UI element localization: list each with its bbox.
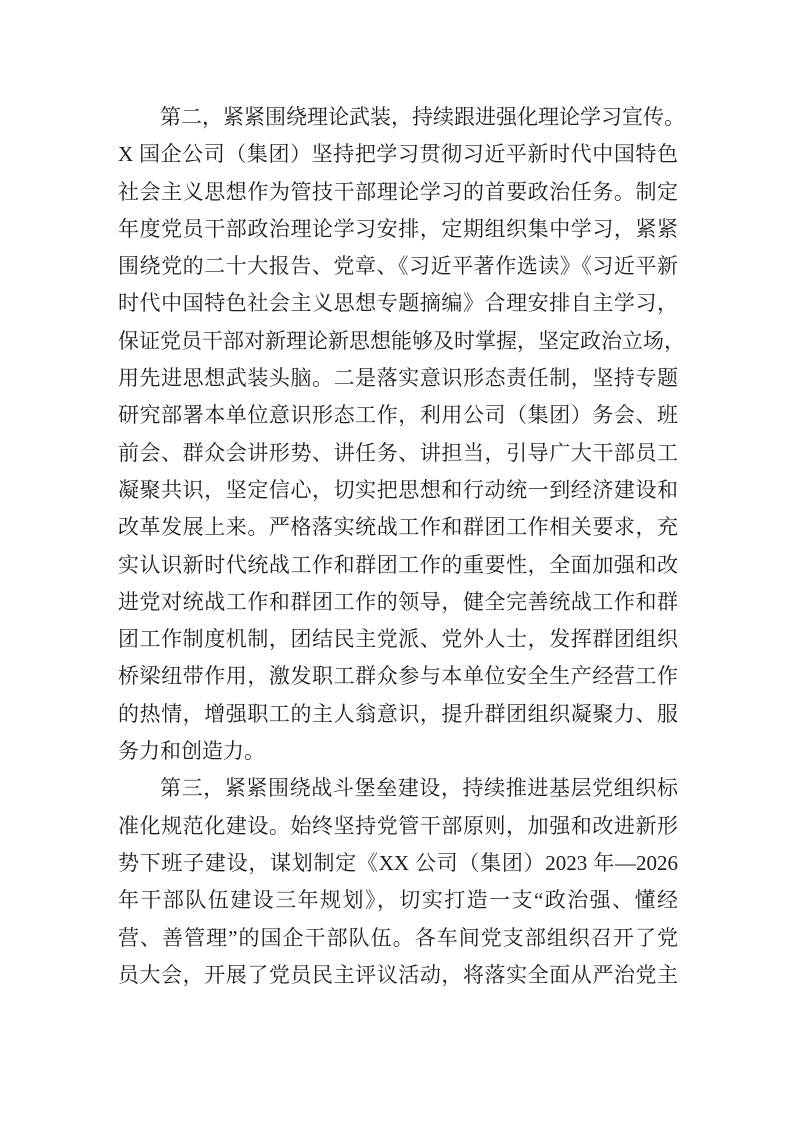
text-line: 实认识新时代统战工作和群团工作的重要性，全面加强和改 <box>118 547 678 584</box>
text-line: 势下班子建设，谋划制定《XX 公司（集团）2023 年—2026 <box>118 845 678 882</box>
text-line: 围绕党的二十大报告、党章、《习近平著作选读》《习近平新 <box>118 248 678 285</box>
text-line: 凝聚共识，坚定信心，切实把思想和行动统一到经济建设和 <box>118 472 678 509</box>
text-line: 第三，紧紧围绕战斗堡垒建设，持续推进基层党组织标 <box>118 770 678 807</box>
text-line: 营、善管理”的国企干部队伍。各车间党支部组织召开了党 <box>118 920 678 957</box>
text-line: 进党对统战工作和群团工作的领导，健全完善统战工作和群 <box>118 584 678 621</box>
text-line: 务力和创造力。 <box>118 733 678 770</box>
text-line: 团工作制度机制，团结民主党派、党外人士，发挥群团组织 <box>118 621 678 658</box>
text-line: 年度党员干部政治理论学习安排，定期组织集中学习，紧紧 <box>118 211 678 248</box>
text-line: 的热情，增强职工的主人翁意识，提升群团组织凝聚力、服 <box>118 696 678 733</box>
text-line: 社会主义思想作为管技干部理论学习的首要政治任务。制定 <box>118 174 678 211</box>
text-line: 时代中国特色社会主义思想专题摘编》合理安排自主学习， <box>118 285 678 322</box>
text-line: 前会、群众会讲形势、讲任务、讲担当，引导广大干部员工 <box>118 435 678 472</box>
paragraph-third: 第三，紧紧围绕战斗堡垒建设，持续推进基层党组织标准化规范化建设。始终坚持党管干部… <box>118 770 678 994</box>
text-line: 员大会，开展了党员民主评议活动，将落实全面从严治党主 <box>118 957 678 994</box>
document-body: 第二，紧紧围绕理论武装，持续跟进强化理论学习宣传。X 国企公司（集团）坚持把学习… <box>118 99 678 994</box>
text-line: 改革发展上来。严格落实统战工作和群团工作相关要求，充 <box>118 509 678 546</box>
text-line: X 国企公司（集团）坚持把学习贯彻习近平新时代中国特色 <box>118 136 678 173</box>
text-line: 研究部署本单位意识形态工作，利用公司（集团）务会、班 <box>118 397 678 434</box>
text-line: 第二，紧紧围绕理论武装，持续跟进强化理论学习宣传。 <box>118 99 678 136</box>
text-line: 准化规范化建设。始终坚持党管干部原则，加强和改进新形 <box>118 808 678 845</box>
text-line: 用先进思想武装头脑。二是落实意识形态责任制，坚持专题 <box>118 360 678 397</box>
text-line: 桥梁纽带作用，激发职工群众参与本单位安全生产经营工作 <box>118 658 678 695</box>
document-page: 第二，紧紧围绕理论武装，持续跟进强化理论学习宣传。X 国企公司（集团）坚持把学习… <box>0 0 793 1122</box>
paragraph-second: 第二，紧紧围绕理论武装，持续跟进强化理论学习宣传。X 国企公司（集团）坚持把学习… <box>118 99 678 770</box>
text-line: 年干部队伍建设三年规划》，切实打造一支“政治强、懂经 <box>118 882 678 919</box>
text-line: 保证党员干部对新理论新思想能够及时掌握，坚定政治立场， <box>118 323 678 360</box>
